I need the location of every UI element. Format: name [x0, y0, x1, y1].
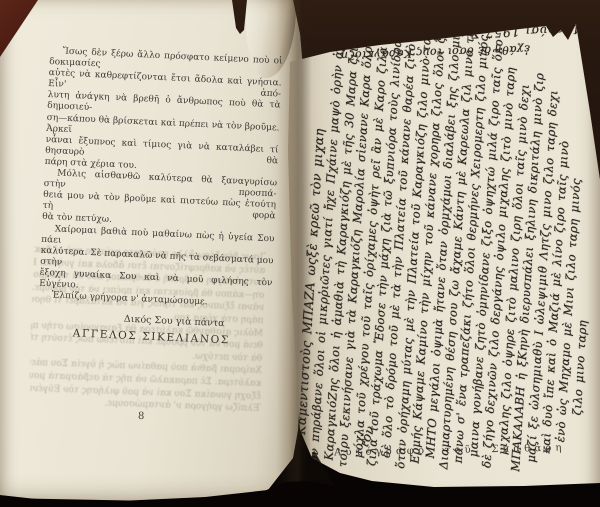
- book-photograph: Ἴσως δὲν ξέρω ἄλλο πρόσφατο κείμενο ποὺ …: [0, 0, 600, 507]
- printed-letter: Ἴσως δὲν ξέρω ἄλλο πρόσφατο κείμενο ποὺ …: [37, 46, 283, 349]
- right-page: Μαρούσι 1957 Σωτ. Σπαθάρης ἐχάθη δὲ ὅσοι…: [284, 0, 600, 507]
- letter-body: Ἴσως δὲν ξέρω ἄλλο πρόσφατο κείμενο ποὺ …: [38, 46, 282, 311]
- page-number: 8: [138, 411, 145, 422]
- left-page: Ἴσως δὲν ξέρω ἄλλο πρόσφατο κείμενο ποὺ …: [0, 0, 310, 507]
- handwriting-block: Στὰ Καμεντιστοὺς ΜΠΑΖΑ ωςξὲ κρεῶ τὸν μιχ…: [292, 71, 600, 486]
